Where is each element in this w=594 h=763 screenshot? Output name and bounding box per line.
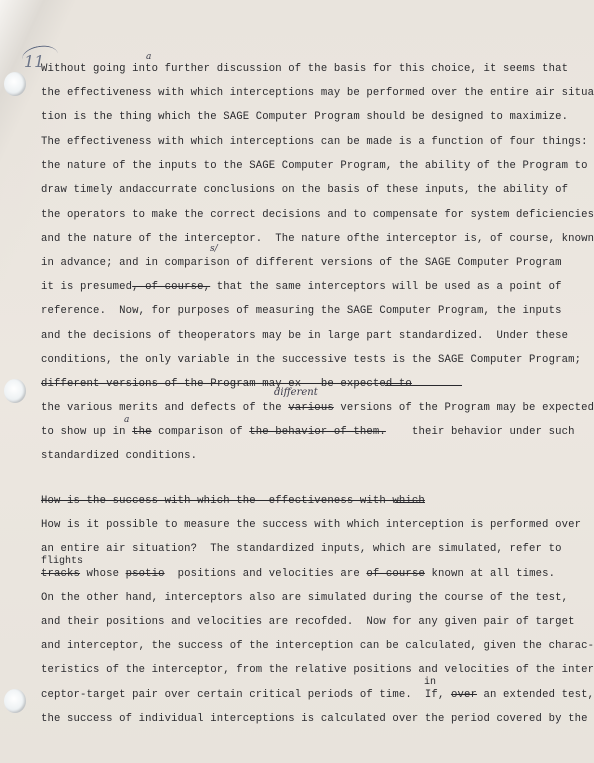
struck-text: the behavior of them. xyxy=(249,426,386,438)
text-line-8: and the nature of the interceptor. The n… xyxy=(41,233,594,245)
text-line-2: the effectiveness with which interceptio… xyxy=(41,87,594,99)
text-line-5: the nature of the inputs to the SAGE Com… xyxy=(41,160,588,172)
handwritten-insert-s: s/ xyxy=(210,244,218,254)
handwritten-insert-different: different xyxy=(274,387,318,398)
text-line-23: On the other hand, interceptors also are… xyxy=(41,592,568,604)
struck-line-14: different versions of the Program may ex… xyxy=(41,378,412,390)
text-line-11: reference. Now, for purposes of measurin… xyxy=(41,305,562,317)
strike-rule xyxy=(395,502,425,503)
binder-hole-top xyxy=(4,72,26,96)
struck-text: the xyxy=(132,426,152,438)
text-line-26: teristics of the interceptor, from the r… xyxy=(41,664,594,676)
document-page: 11 a Without going into further discussi… xyxy=(0,0,594,763)
text-line-24: and their positions and velocities are r… xyxy=(41,616,575,628)
text-line-6: draw timely andaccurrate conclusions on … xyxy=(41,184,568,196)
text-line-13: conditions, the only variable in the suc… xyxy=(41,354,581,366)
text-line-19: How is it possible to measure the succes… xyxy=(41,519,581,531)
struck-text: , of course, xyxy=(132,281,210,293)
text-line-12: and the decisions of theoperators may be… xyxy=(41,330,568,342)
binder-hole-middle xyxy=(4,379,26,403)
strike-rule xyxy=(385,385,462,386)
handwritten-insert-a: a xyxy=(146,52,151,62)
text-line-29: the success of individual interceptions … xyxy=(41,713,588,725)
text-line-28: ceptor-target pair over certain critical… xyxy=(41,689,594,701)
text-line-7: the operators to make the correct decisi… xyxy=(41,209,594,221)
binder-hole-bottom xyxy=(4,689,26,713)
text-line-15: the various merits and defects of the va… xyxy=(41,402,594,414)
struck-line-18: How is the success with which the effect… xyxy=(41,495,425,507)
text-line-25: and interceptor, the success of the inte… xyxy=(41,640,594,652)
handwritten-insert-a2: a xyxy=(124,415,129,425)
text-line-22: tracks whose psotio positions and veloci… xyxy=(41,568,555,580)
text-line-1: Without going into further discussion of… xyxy=(41,63,568,75)
typed-insert-flights: flights xyxy=(41,556,83,567)
text-line-20: an entire air situation? The standardize… xyxy=(41,543,562,555)
text-line-9: in advance; and in comparison of differe… xyxy=(41,257,562,269)
text-line-10: it is presumed, of course, that the same… xyxy=(41,281,562,293)
text-line-16: to show up in the comparison of the beha… xyxy=(41,426,575,438)
text-line-4: The effectiveness with which interceptio… xyxy=(41,136,588,148)
typed-insert-in: in xyxy=(424,677,436,688)
text-line-17: standardized conditions. xyxy=(41,450,197,462)
struck-text: various xyxy=(288,402,334,414)
text-line-3: tion is the thing which the SAGE Compute… xyxy=(41,111,568,123)
